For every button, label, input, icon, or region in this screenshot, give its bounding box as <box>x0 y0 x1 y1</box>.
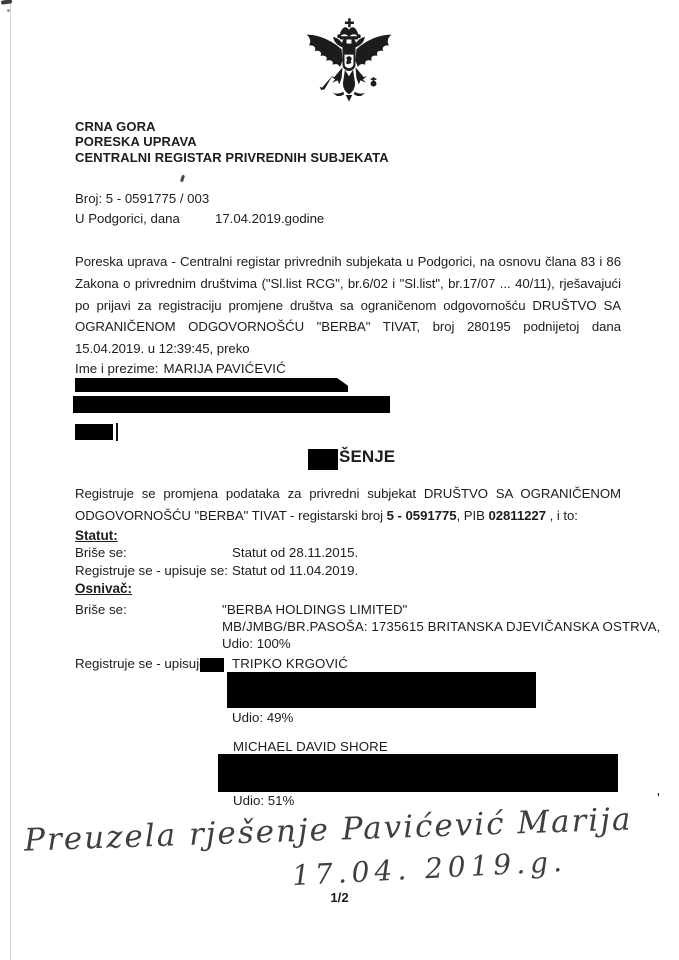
osnivac-register-label: Registruje se - upisuje <box>75 656 207 671</box>
org-registry: CENTRALNI REGISTAR PRIVREDNIH SUBJEKATA <box>75 150 389 165</box>
submitter-label: Ime i prezime: <box>75 361 159 376</box>
decision-text: , PIB <box>457 508 489 523</box>
section-heading-osnivac: Osnivač: <box>75 581 132 596</box>
montenegro-coat-of-arms-icon <box>300 14 398 114</box>
redaction-bar-founder1 <box>227 672 536 708</box>
document-page: CRNA GORA PORESKA UPRAVA CENTRALNI REGIS… <box>0 0 679 960</box>
scan-speck <box>7 9 10 12</box>
statut-delete-value: Statut od 28.11.2015. <box>232 545 358 560</box>
redaction-bar <box>75 378 348 392</box>
statut-register-label: Registruje se - upisuje se: <box>75 563 228 578</box>
org-header: CRNA GORA PORESKA UPRAVA CENTRALNI REGIS… <box>75 119 389 165</box>
founder2-share: Udio: 51% <box>233 793 294 808</box>
redaction-box-small <box>200 658 224 672</box>
page-number: 1/2 <box>0 890 679 905</box>
handwritten-date: 17.04. 2019.g. <box>291 845 567 892</box>
statut-delete-label: Briše se: <box>75 545 127 560</box>
date-value: 17.04.2019.godine <box>215 211 324 226</box>
decision-title: ŠENJE <box>339 447 395 467</box>
osnivac-delete-id: MB/JMBG/BR.PASOŠA: 1735615 BRITANSKA DJE… <box>222 619 660 634</box>
submitter-line: Ime i prezime:MARIJA PAVIĆEVIĆ <box>75 361 286 376</box>
intro-paragraph: Poreska uprava - Centralni registar priv… <box>75 251 621 360</box>
stray-pen-mark <box>180 175 185 183</box>
redaction-tick-mark <box>116 423 118 441</box>
osnivac-delete-share: Udio: 100% <box>222 636 291 651</box>
submitter-name: MARIJA PAVIĆEVIĆ <box>164 361 286 376</box>
reference-number-line: Broj: 5 - 0591775 / 003 <box>75 191 209 206</box>
osnivac-delete-name: "BERBA HOLDINGS LIMITED" <box>222 602 407 617</box>
founder1-share: Udio: 49% <box>232 710 293 725</box>
pib-number: 02811227 <box>488 508 546 523</box>
redaction-bar-founder2 <box>218 754 618 792</box>
founder2-name: MICHAEL DAVID SHORE <box>233 739 388 754</box>
redaction-box-title <box>308 449 338 470</box>
org-authority: PORESKA UPRAVA <box>75 134 389 149</box>
redaction-bar <box>73 396 390 413</box>
decision-text: , i to: <box>546 508 578 523</box>
section-heading-statut: Statut: <box>75 528 118 543</box>
decision-paragraph: Registruje se promjena podataka za privr… <box>75 483 621 526</box>
osnivac-delete-label: Briše se: <box>75 602 127 617</box>
statut-register-value: Statut od 11.04.2019. <box>232 563 358 578</box>
org-country: CRNA GORA <box>75 119 389 134</box>
founder1-name: TRIPKO KRGOVIĆ <box>232 656 348 671</box>
registry-number: 5 - 0591775 <box>387 508 457 523</box>
scan-edge-line <box>10 0 11 960</box>
stray-apostrophe-mark: ' <box>657 790 660 807</box>
redaction-bar <box>75 424 113 440</box>
place-label: U Podgorici, dana <box>75 211 180 226</box>
